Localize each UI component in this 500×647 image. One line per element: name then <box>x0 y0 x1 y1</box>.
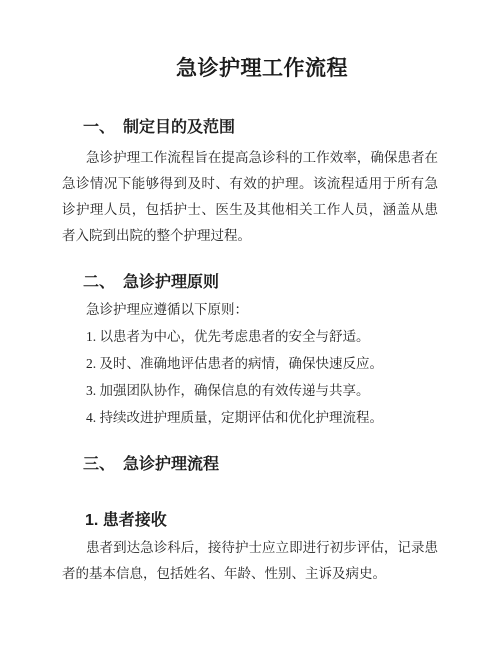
document-title: 急诊护理工作流程 <box>62 54 438 84</box>
section-2-intro: 急诊护理应遵循以下原则： <box>62 296 438 323</box>
section-1-paragraph: 急诊护理工作流程旨在提高急诊科的工作效率，确保患者在急诊情况下能够得到及时、有效… <box>62 145 438 249</box>
section-3-heading-text: 急诊护理流程 <box>123 456 219 473</box>
section-2-heading-text: 急诊护理原则 <box>123 274 219 291</box>
section-2-heading: 二、急诊护理原则 <box>62 272 438 294</box>
section-3-paragraph: 患者到达急诊科后，接待护士应立即进行初步评估，记录患者的基本信息，包括姓名、年龄… <box>62 535 438 587</box>
document-page: 急诊护理工作流程 一、制定目的及范围 急诊护理工作流程旨在提高急诊科的工作效率，… <box>0 0 500 647</box>
list-item-1: 1. 以患者为中心，优先考虑患者的安全与舒适。 <box>62 323 438 350</box>
section-3-number: 三、 <box>83 456 115 473</box>
list-item-3: 3. 加强团队协作，确保信息的有效传递与共享。 <box>62 377 438 404</box>
document-body: 急诊护理工作流程 一、制定目的及范围 急诊护理工作流程旨在提高急诊科的工作效率，… <box>0 54 500 587</box>
list-item-4: 4. 持续改进护理质量，定期评估和优化护理流程。 <box>62 404 438 431</box>
section-1-heading: 一、制定目的及范围 <box>62 117 438 139</box>
section-1-heading-text: 制定目的及范围 <box>123 119 235 136</box>
section-1-number: 一、 <box>83 119 115 136</box>
list-item-2: 2. 及时、准确地评估患者的病情，确保快速反应。 <box>62 350 438 377</box>
section-3-subheading: 1. 患者接收 <box>62 510 438 532</box>
section-2-number: 二、 <box>83 274 115 291</box>
section-3-heading: 三、急诊护理流程 <box>62 454 438 476</box>
